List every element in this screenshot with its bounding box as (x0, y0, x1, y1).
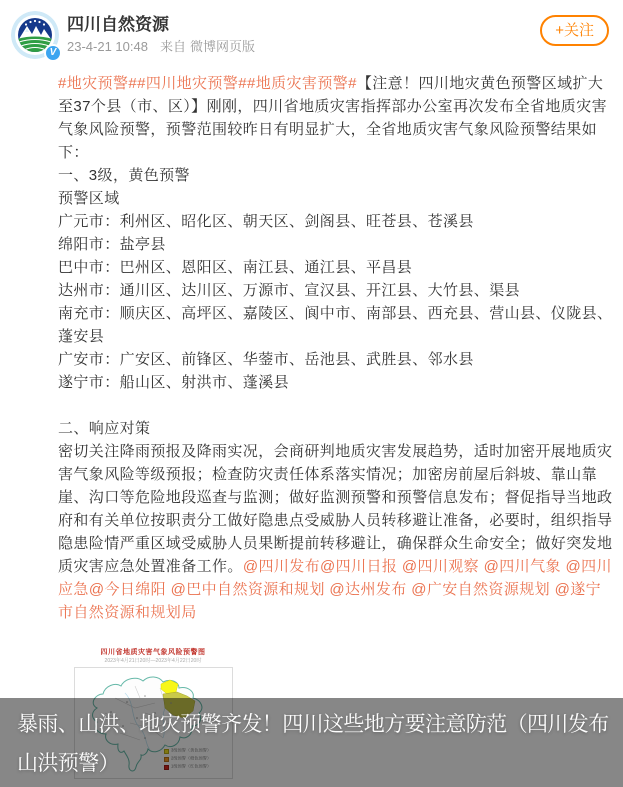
post-text-block: 广元市：利州区、昭化区、朝天区、剑阁县、旺苍县、苍溪县 (58, 210, 613, 233)
source-link[interactable]: 微博网页版 (190, 39, 255, 54)
post-text-block: 巴中市：巴州区、恩阳区、南江县、通江县、平昌县 (58, 256, 613, 279)
post-text-block: 南充市：顺庆区、高坪区、嘉陵区、阆中市、南部县、西充县、营山县、仪陇县、蓬安县 (58, 302, 613, 348)
map-image-title: 四川省地质灾害气象风险预警图 (63, 648, 243, 657)
mention-link[interactable]: @广安自然资源规划 (407, 581, 550, 598)
hashtag-link[interactable]: #四川地灾预警# (137, 75, 247, 92)
post-text-block: #地灾预警##四川地灾预警##地质灾害预警#【注意！四川地灾黄色预警区域扩大至3… (58, 72, 613, 164)
user-block: 四川自然资源 23-4-21 10:48来自微博网页版 (11, 11, 610, 54)
post-text: 达州市：通川区、达川区、万源市、宣汉县、开江县、大竹县、渠县 (58, 282, 520, 299)
source-prefix: 来自 (160, 39, 186, 54)
post-text-block: 达州市：通川区、达川区、万源市、宣汉县、开江县、大竹县、渠县 (58, 279, 613, 302)
post-text: 南充市：顺庆区、高坪区、嘉陵区、阆中市、南部县、西充县、营山县、仪陇县、蓬安县 (58, 305, 612, 345)
post-text-block: 二、响应对策 (58, 417, 613, 440)
post-text: 巴中市：巴州区、恩阳区、南江县、通江县、平昌县 (58, 259, 412, 276)
post-text-block: 预警区域 (58, 187, 613, 210)
timestamp[interactable]: 23-4-21 10:48 (67, 39, 148, 54)
hashtag-link[interactable]: #地灾预警# (58, 75, 137, 92)
mention-link[interactable]: @达州发布 (325, 581, 407, 598)
post-text: 广安市：广安区、前锋区、华蓥市、岳池县、武胜县、邻水县 (58, 351, 474, 368)
post-text-block: 广安市：广安区、前锋区、华蓥市、岳池县、武胜县、邻水县 (58, 348, 613, 371)
follow-button[interactable]: +关注 (540, 15, 609, 46)
caption-overlay: 暴雨、山洪、地灾预警齐发！四川这些地方要注意防范（四川发布山洪预警） (0, 698, 623, 787)
post-text: 一、3级，黄色预警 (58, 167, 190, 184)
post-content: #地灾预警##四川地灾预警##地质灾害预警#【注意！四川地灾黄色预警区域扩大至3… (58, 72, 613, 624)
post-text-block: 密切关注降雨预报及降雨实况，会商研判地质灾害发展趋势，适时加密开展地质灾害气象风… (58, 440, 613, 624)
mention-link[interactable]: @四川日报 (320, 558, 397, 575)
post-text-block: 一、3级，黄色预警 (58, 164, 613, 187)
post-text: 密切关注降雨预报及降雨实况，会商研判地质灾害发展趋势，适时加密开展地质灾害气象风… (58, 443, 612, 575)
map-image-subtitle: 2023年4月21日20时—2023年4月22日20时 (77, 658, 230, 665)
mention-link[interactable]: @今日绵阳 (89, 581, 166, 598)
caption-text-line: 山洪预警） (17, 744, 623, 783)
mention-link[interactable]: @巴中自然资源和规划 (166, 581, 325, 598)
post-text: 广元市：利州区、昭化区、朝天区、剑阁县、旺苍县、苍溪县 (58, 213, 474, 230)
mention-link[interactable]: @四川气象 (479, 558, 561, 575)
avatar[interactable]: V (11, 11, 59, 59)
mention-link[interactable]: @四川观察 (397, 558, 479, 575)
post-text: 绵阳市：盐亭县 (58, 236, 166, 253)
weibo-post-page: { "colors": { "accent": "#ff8200", "link… (0, 0, 623, 787)
post-text: 二、响应对策 (58, 420, 150, 437)
username[interactable]: 四川自然资源 (67, 15, 610, 35)
post-text: 遂宁市：船山区、射洪市、蓬溪县 (58, 374, 289, 391)
hashtag-link[interactable]: #地质灾害预警# (247, 75, 357, 92)
caption-text-line: 暴雨、山洪、地灾预警齐发！四川这些地方要注意防范（四川发布 (17, 705, 623, 744)
post-header: V 四川自然资源 23-4-21 10:48来自微博网页版 +关注 (0, 0, 623, 62)
post-text-block: 遂宁市：船山区、射洪市、蓬溪县 (58, 371, 613, 394)
mention-link[interactable]: @四川发布 (243, 558, 320, 575)
post-text-block: 绵阳市：盐亭县 (58, 233, 613, 256)
verified-badge-icon: V (44, 44, 62, 62)
post-meta: 23-4-21 10:48来自微博网页版 (67, 39, 610, 54)
post-text: 预警区域 (58, 190, 120, 207)
blank-line (58, 394, 613, 417)
